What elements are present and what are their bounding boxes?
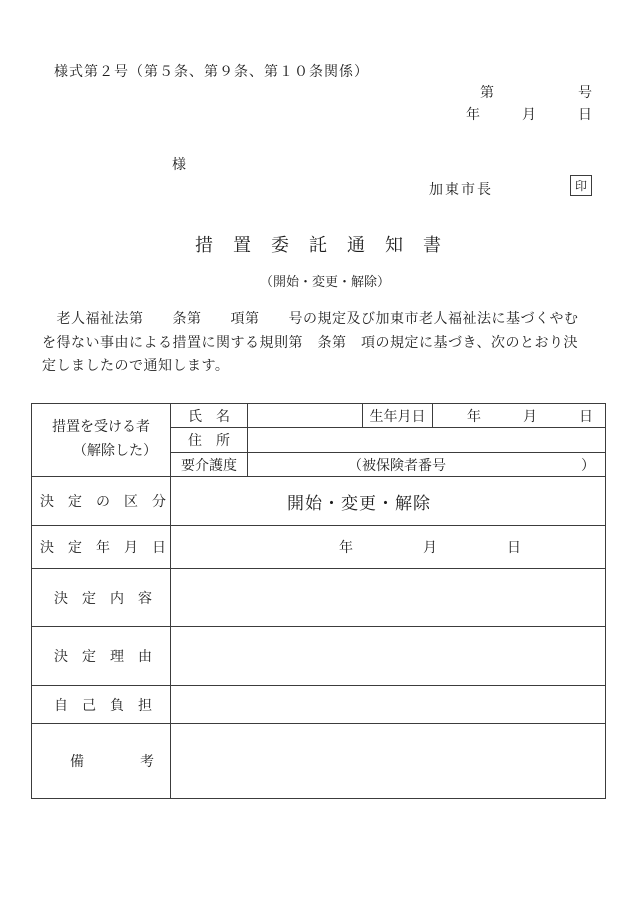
- decision-reason-value-cell: [171, 627, 606, 686]
- remarks-value-cell: [171, 724, 606, 799]
- recipient-label-cell: 措置を受ける者 （解除した）: [32, 404, 171, 477]
- seal-box: 印: [570, 175, 592, 196]
- insured-number-row: （被保険者番号 ）: [248, 455, 605, 475]
- birthdate-value-cell: 年 月 日: [433, 404, 606, 428]
- row-decision-content: 決 定 内 容: [32, 569, 606, 627]
- row-decision-category: 決 定 の 区 分 開始・変更・解除: [32, 477, 606, 526]
- form-number: 様式第２号（第５条、第９条、第１０条関係）: [54, 61, 369, 81]
- insured-number-close: ）: [581, 455, 595, 475]
- birthdate-label: 生年月日: [363, 404, 433, 428]
- insured-number-open: （被保険者番号: [348, 455, 446, 475]
- address-value-cell: [248, 428, 606, 453]
- body-paragraph: 老人福祉法第 条第 項第 号の規定及び加東市老人福祉法に基づくやむ を得ない事由…: [42, 308, 598, 379]
- measure-notice-table: 措置を受ける者 （解除した） 氏 名 生年月日 年 月 日 住 所 要介護度 （…: [31, 403, 606, 799]
- recipient-label-line1: 措置を受ける者: [32, 416, 170, 440]
- decision-category-value-cell: 開始・変更・解除: [171, 477, 606, 526]
- insured-number-cell: （被保険者番号 ）: [248, 453, 606, 477]
- page-title: 措置委託通知書: [31, 236, 605, 254]
- row-self-payment: 自 己 負 担: [32, 686, 606, 724]
- body-line-3: 定しましたので通知します。: [42, 355, 598, 379]
- self-payment-value-cell: [171, 686, 606, 724]
- name-label: 氏 名: [171, 404, 248, 428]
- body-line-1: 老人福祉法第 条第 項第 号の規定及び加東市老人福祉法に基づくやむ: [42, 308, 598, 332]
- decision-content-value-cell: [171, 569, 606, 627]
- decision-date-value-cell: 年 月 日: [171, 526, 606, 569]
- addressee-honorific: 様: [172, 154, 186, 174]
- recipient-label-line2: （解除した）: [32, 440, 170, 464]
- care-level-label: 要介護度: [171, 453, 248, 477]
- decision-content-label: 決 定 内 容: [32, 569, 171, 627]
- document-date-line: 年 月 日: [466, 108, 592, 123]
- remarks-label: 備 考: [32, 724, 171, 799]
- document-page: 様式第２号（第５条、第９条、第１０条関係） 第 号 年 月 日 様 加東市長 印…: [0, 0, 630, 915]
- page-subtitle: （開始・変更・解除）: [31, 271, 605, 290]
- row-decision-date: 決 定 年 月 日 年 月 日: [32, 526, 606, 569]
- row-remarks: 備 考: [32, 724, 606, 799]
- address-label: 住 所: [171, 428, 248, 453]
- decision-category-label: 決 定 の 区 分: [32, 477, 171, 526]
- body-line-2: を得ない事由による措置に関する規則第 条第 項の規定に基づき、次のとおり決: [42, 332, 598, 356]
- document-number-line: 第 号: [480, 86, 592, 101]
- decision-date-label: 決 定 年 月 日: [32, 526, 171, 569]
- decision-reason-label: 決 定 理 由: [32, 627, 171, 686]
- row-name-birthdate: 措置を受ける者 （解除した） 氏 名 生年月日 年 月 日: [32, 404, 606, 428]
- self-payment-label: 自 己 負 担: [32, 686, 171, 724]
- name-value-cell: [248, 404, 363, 428]
- row-decision-reason: 決 定 理 由: [32, 627, 606, 686]
- issuer-name: 加東市長: [429, 179, 493, 199]
